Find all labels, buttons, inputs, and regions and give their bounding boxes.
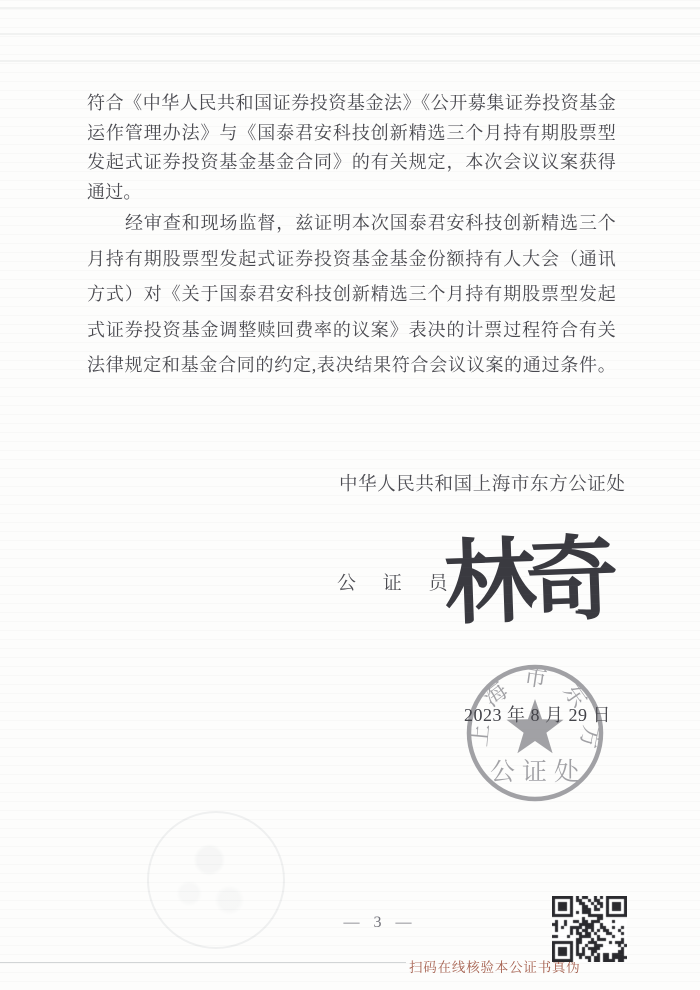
notarization-date: 2023 年 8 月 29 日 bbox=[464, 701, 611, 727]
scan-streak bbox=[0, 33, 700, 35]
notarial-document-page: 符合《中华人民共和国证券投资基金法》《公开募集证券投资基金 运作管理办法》与《国… bbox=[0, 0, 700, 990]
body-line: 运作管理办法》与《国泰君安科技创新精选三个月持有期股票型 bbox=[87, 119, 616, 149]
ghost-stamp-bleedthrough bbox=[147, 811, 285, 949]
body-line: 方式）对《关于国泰君安科技创新精选三个月持有期股票型发起 bbox=[87, 277, 616, 313]
seal-bottom-text: 公证处 bbox=[490, 758, 586, 786]
notary-signature: 林奇 bbox=[442, 505, 611, 643]
scan-streak bbox=[0, 7, 700, 9]
body-line: 经审查和现场监督，兹证明本次国泰君安科技创新精选三个 bbox=[87, 206, 616, 242]
notary-title-label: 公 证 员 bbox=[337, 568, 459, 595]
body-line: 月持有期股票型发起式证券投资基金基金份额持有人大会（通讯 bbox=[87, 242, 616, 278]
notary-office-seal: 上海市东方 公证处 bbox=[450, 649, 620, 819]
scan-streak bbox=[0, 60, 700, 62]
body-line: 通过。 bbox=[87, 178, 616, 208]
notary-office-name: 中华人民共和国上海市东方公证处 bbox=[339, 470, 626, 496]
scan-line-artifact bbox=[0, 962, 406, 963]
paragraph-2: 经审查和现场监督，兹证明本次国泰君安科技创新精选三个 月持有期股票型发起式证券投… bbox=[87, 206, 616, 384]
body-line: 符合《中华人民共和国证券投资基金法》《公开募集证券投资基金 bbox=[87, 89, 616, 119]
page-number: — 3 — bbox=[320, 914, 440, 932]
body-line: 式证券投资基金调整赎回费率的议案》表决的计票过程符合有关 bbox=[87, 313, 616, 349]
body-line: 法律规定和基金合同的约定,表决结果符合会议议案的通过条件。 bbox=[87, 348, 616, 384]
paragraph-1: 符合《中华人民共和国证券投资基金法》《公开募集证券投资基金 运作管理办法》与《国… bbox=[87, 89, 616, 207]
qr-code bbox=[552, 896, 627, 962]
body-line: 发起式证券投资基金基金合同》的有关规定，本次会议议案获得 bbox=[87, 148, 616, 178]
